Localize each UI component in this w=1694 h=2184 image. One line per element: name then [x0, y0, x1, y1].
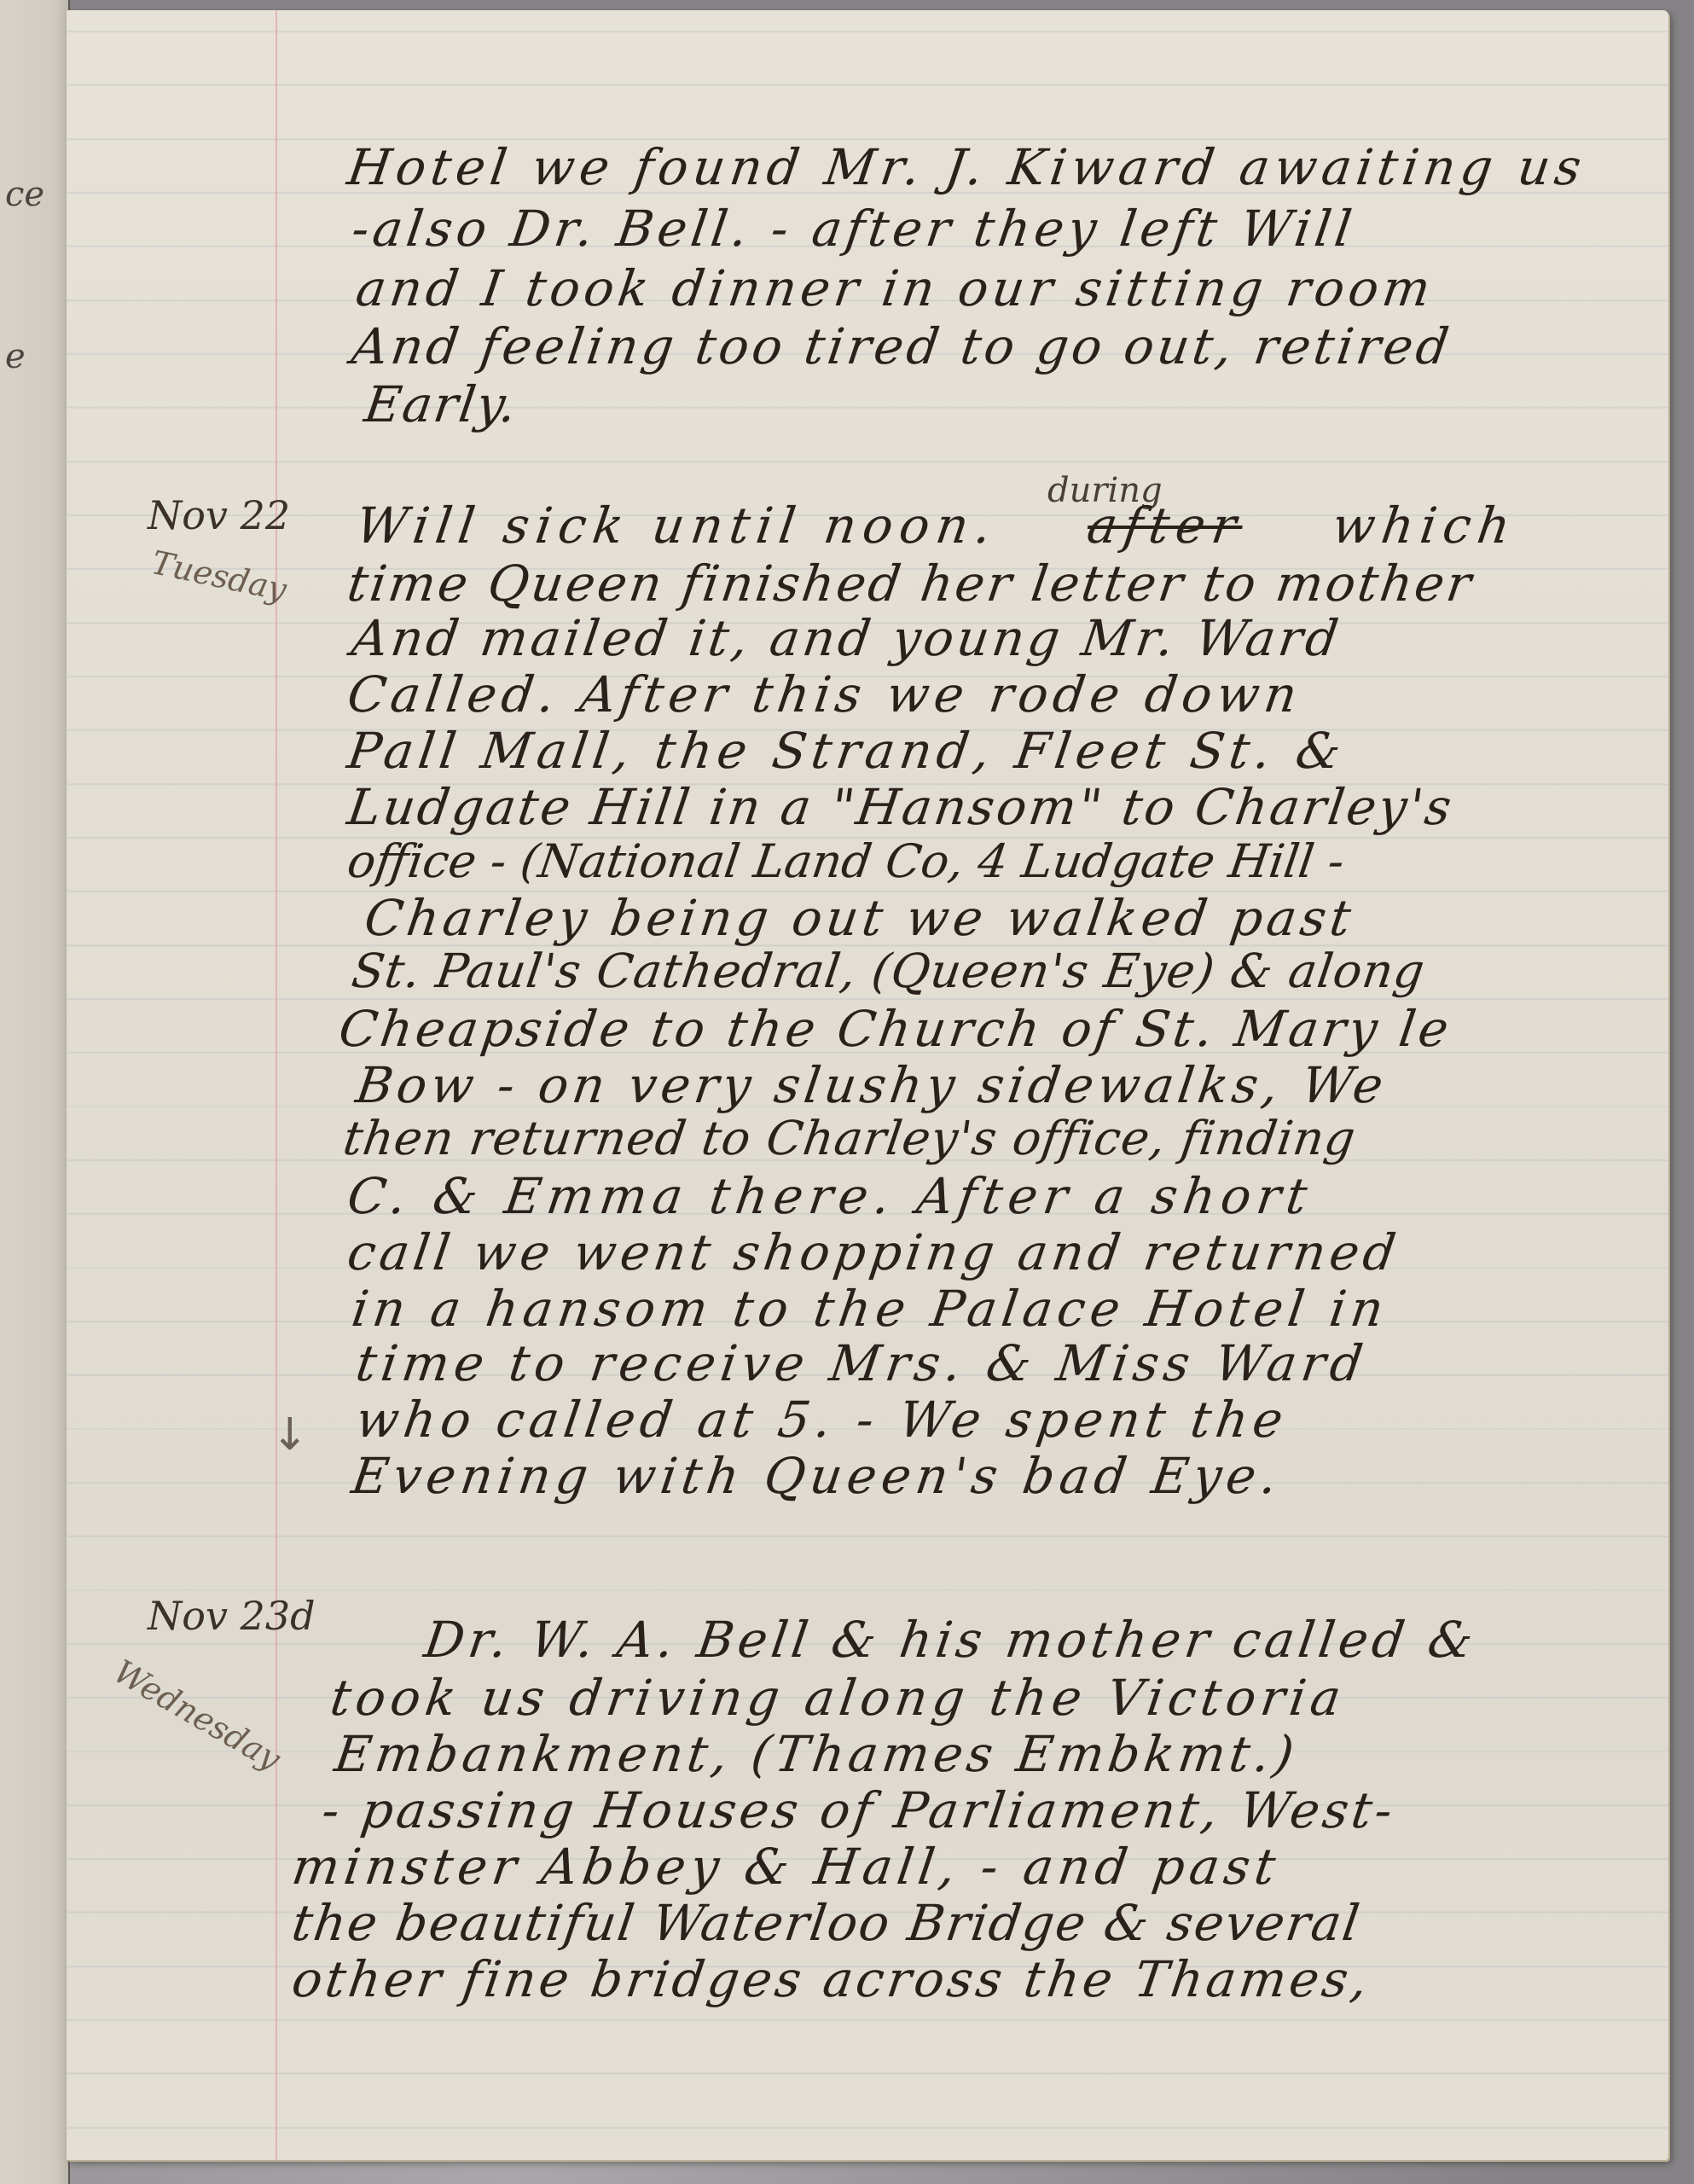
- text-line: Bow - on very slushy sidewalks, We: [352, 1056, 1390, 1114]
- text-line: then returned to Charley's office, findi…: [340, 1111, 1360, 1165]
- text-line: took us driving along the Victoria: [327, 1669, 1349, 1727]
- text-line: Pall Mall, the Strand, Fleet St. &: [344, 722, 1349, 780]
- text-line: minster Abbey & Hall, - and past: [288, 1838, 1284, 1896]
- text-line: And feeling too tired to go out, retired: [348, 317, 1455, 375]
- text-line: - passing Houses of Parliament, West-: [318, 1781, 1399, 1839]
- text-line: in a hansom to the Palace Hotel in: [348, 1280, 1392, 1338]
- diary-page: Hotel we found Mr. J. Kiward awaiting us…: [67, 10, 1668, 2160]
- text-line: Will sick until noon. after which: [352, 497, 1520, 555]
- text-line: And mailed it, and young Mr. Ward: [348, 609, 1345, 667]
- text-line: office - (National Land Co, 4 Ludgate Hi…: [345, 834, 1348, 888]
- text-segment: which: [1329, 497, 1521, 555]
- margin-rule: [276, 10, 277, 2160]
- text-line: Charley being out we walked past: [361, 889, 1359, 947]
- entry-date: Nov 23d: [148, 1593, 316, 1639]
- text-line: Cheapside to the Church of St. Mary le: [335, 1000, 1455, 1058]
- margin-arrow-icon: ↓: [271, 1409, 309, 1461]
- text-line: the beautiful Waterloo Bridge & several: [288, 1894, 1364, 1952]
- text-segment: Will sick until noon.: [352, 497, 1001, 555]
- prev-page-fragment: e: [5, 337, 26, 376]
- prev-page-fragment: ce: [5, 175, 44, 214]
- text-line: -also Dr. Bell. - after they left Will: [348, 200, 1359, 258]
- text-line: Dr. W. A. Bell & his mother called &: [421, 1611, 1481, 1669]
- text-line: Embankment, (Thames Embkmt.): [331, 1725, 1302, 1783]
- text-line: call we went shopping and returned: [344, 1223, 1403, 1281]
- text-line: Ludgate Hill in a "Hansom" to Charley's: [344, 778, 1457, 836]
- entry-date: Nov 22: [148, 492, 290, 538]
- text-line: C. & Emma there. After a short: [344, 1167, 1316, 1225]
- text-line: Hotel we found Mr. J. Kiward awaiting us: [344, 138, 1590, 196]
- text-line: time Queen finished her letter to mother: [344, 555, 1477, 613]
- text-line: time to receive Mrs. & Miss Ward: [352, 1334, 1372, 1392]
- struck-word: after: [1084, 497, 1247, 555]
- text-line: and I took dinner in our sitting room: [352, 259, 1438, 317]
- text-line: St. Paul's Cathedral, (Queen's Eye) & al…: [349, 944, 1429, 998]
- text-line: Called. After this we rode down: [344, 665, 1305, 723]
- text-line: other fine bridges across the Thames,: [288, 1950, 1374, 2008]
- previous-page-edge: ce e: [0, 0, 70, 2184]
- text-line: Early.: [361, 375, 521, 433]
- text-line: Evening with Queen's bad Eye.: [348, 1447, 1285, 1505]
- text-line: who called at 5. - We spent the: [352, 1391, 1291, 1449]
